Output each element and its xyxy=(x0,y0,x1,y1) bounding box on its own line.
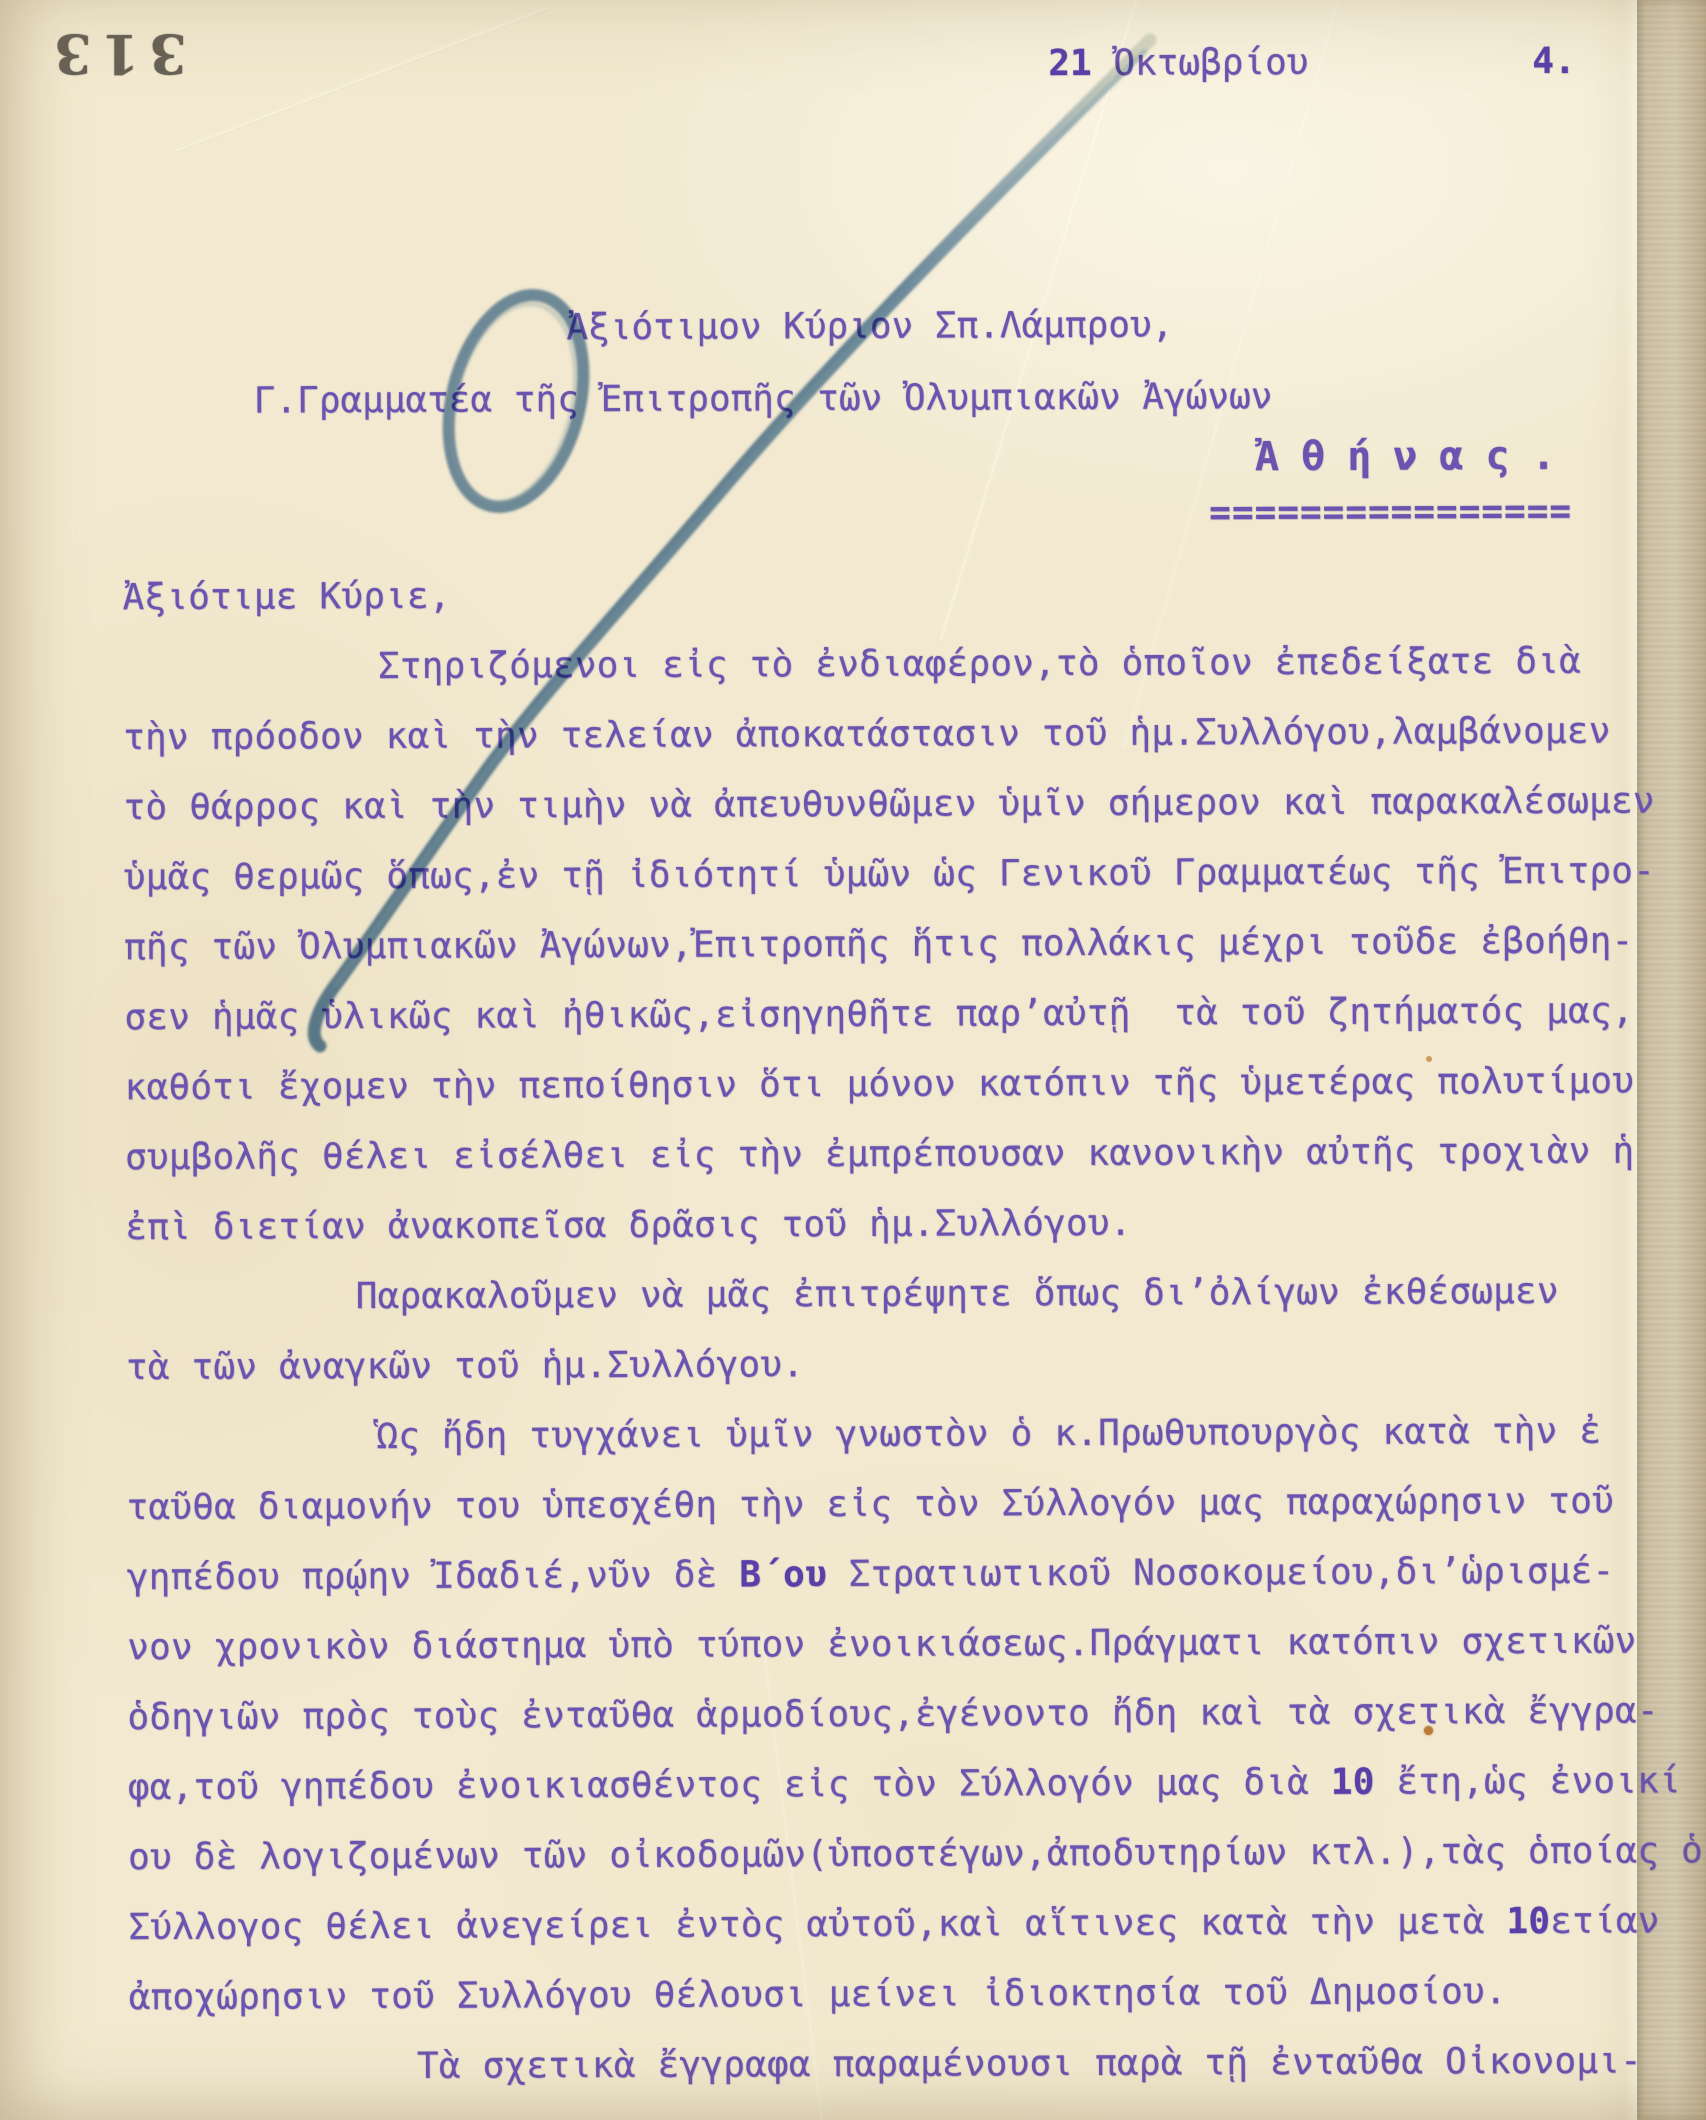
body-line: Στηριζόμενοι εἰς τὸ ἐνδιαφέρον,τὸ ὁποῖον… xyxy=(123,626,1706,703)
date-line: 21 Ὀκτωβρίου xyxy=(1048,42,1308,84)
scanned-letter-page: 313 21 Ὀκτωβρίου 4. Ἀξιότιμον Κύριον Σπ.… xyxy=(0,0,1706,2120)
body-line: Σύλλογος θέλει ἀνεγείρει ἐντὸς αὐτοῦ,καὶ… xyxy=(128,1886,1706,1963)
typed-content: 21 Ὀκτωβρίου 4. Ἀξιότιμον Κύριον Σπ.Λάμπ… xyxy=(0,0,1706,2120)
body-line: τὴν πρόοδον καὶ τὴν τελείαν ἀποκατάστασι… xyxy=(123,696,1706,773)
body-line: τὰ τῶν ἀναγκῶν τοῦ ἡμ.Συλλόγου. xyxy=(126,1326,1706,1403)
body-line: φα,τοῦ γηπέδου ἐνοικιασθέντος εἰς τὸν Σύ… xyxy=(128,1746,1706,1823)
recipient-line-2: Γ.Γραμματέα τῆς Ἐπιτροπῆς τῶν Ὀλυμπιακῶν… xyxy=(254,376,1273,421)
body-line: Ὡς ἤδη τυγχάνει ὑμῖν γνωστὸν ὁ κ.Πρωθυπο… xyxy=(126,1396,1706,1473)
recipient-line-1: Ἀξιότιμον Κύριον Σπ.Λάμπρου, xyxy=(566,305,1173,349)
body-line: Παρακαλοῦμεν νὰ μᾶς ἐπιτρέψητε ὅπως δι’ὀ… xyxy=(126,1256,1706,1333)
page-number: 4. xyxy=(1532,41,1576,82)
body-line: ταῦθα διαμονήν του ὑπεσχέθη τὴν εἰς τὸν … xyxy=(126,1466,1706,1543)
body-line: τὸ θάρρος καὶ τὴν τιμὴν νὰ ἀπευθυνθῶμεν … xyxy=(123,766,1706,843)
body-line: νον χρονικὸν διάστημα ὑπὸ τύπον ἐνοικιάσ… xyxy=(127,1606,1706,1683)
city-underline: ================ xyxy=(1209,491,1572,534)
body-line: ου δὲ λογιζομένων τῶν οἰκοδομῶν(ὑποστέγω… xyxy=(128,1816,1706,1893)
date-day: 21 xyxy=(1048,43,1092,84)
salutation: Ἀξιότιμε Κύριε, xyxy=(122,556,1706,633)
body-line: πῆς τῶν Ὀλυμπιακῶν Ἀγώνων,Ἐπιτροπῆς ἥτις… xyxy=(124,906,1706,983)
body-line: ἀποχώρησιν τοῦ Συλλόγου θέλουσι μείνει ἰ… xyxy=(129,1956,1706,2033)
body-line: συμβολῆς θέλει εἰσέλθει εἰς τὴν ἐμπρέπου… xyxy=(125,1116,1706,1193)
date-separator xyxy=(1092,43,1114,84)
letter-body: Ἀξιότιμε Κύριε, Στηριζόμενοι εἰς τὸ ἐνδι… xyxy=(122,556,1706,2103)
body-line: ὁδηγιῶν πρὸς τοὺς ἐνταῦθα ἁρμοδίους,ἐγέν… xyxy=(127,1676,1706,1753)
body-line: ὑμᾶς θερμῶς ὅπως,ἐν τῇ ἰδιότητί ὑμῶν ὡς … xyxy=(124,836,1706,913)
date-month: Ὀκτωβρίου xyxy=(1113,42,1308,84)
recipient-city: Ἀθήνας. xyxy=(1255,433,1578,480)
body-line: σεν ἡμᾶς ὑλικῶς καὶ ἠθικῶς,εἰσηγηθῆτε πα… xyxy=(124,976,1706,1053)
body-line: Τὰ σχετικὰ ἔγγραφα παραμένουσι παρὰ τῇ ἐ… xyxy=(129,2026,1706,2103)
body-line: ἐπὶ διετίαν ἀνακοπεῖσα δρᾶσις τοῦ ἡμ.Συλ… xyxy=(125,1186,1706,1263)
body-line: γηπέδου πρῴην Ἰδαδιέ,νῦν δὲ Β´ου Στρατιω… xyxy=(127,1536,1706,1613)
body-line: καθότι ἔχομεν τὴν πεποίθησιν ὅτι μόνον κ… xyxy=(125,1046,1706,1123)
